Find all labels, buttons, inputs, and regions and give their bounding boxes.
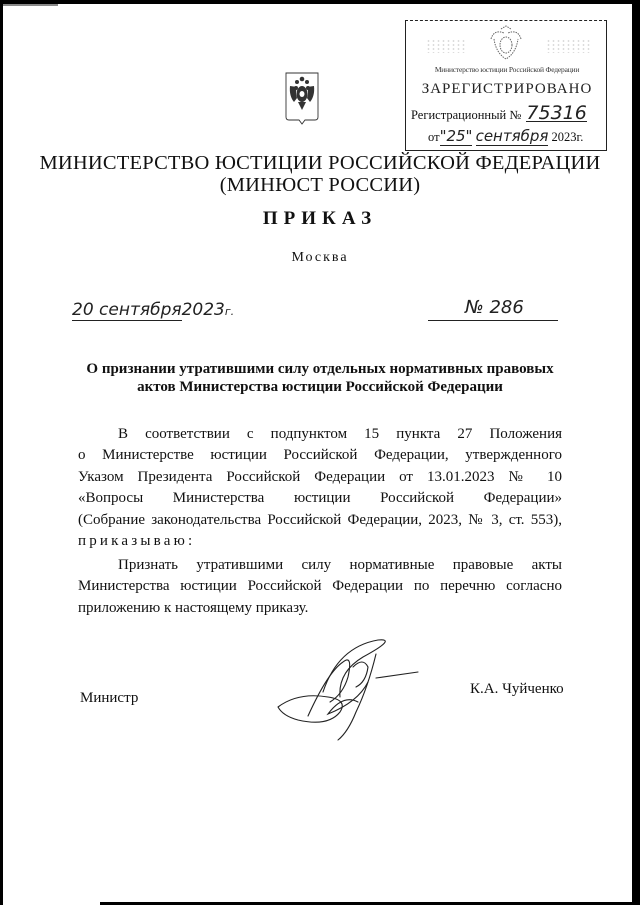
body-line: «Вопросы Министерства юстиции Российской…	[78, 488, 562, 509]
body-paragraph-2: Признать утратившими силу нормативные пр…	[78, 555, 562, 619]
signer-title: Министр	[80, 690, 138, 707]
order-date-suffix: г.	[225, 305, 234, 318]
scan-border-top	[0, 0, 640, 4]
stamp-eagle-icon	[486, 25, 526, 63]
stamp-date-suffix: г.	[577, 130, 584, 144]
ministry-short-name: (МИНЮСТ РОССИИ)	[0, 174, 640, 196]
stamp-reg-number-label: Регистрационный №	[411, 108, 521, 122]
body-line: (Собрание законодательства Российской Фе…	[78, 510, 562, 531]
order-date-year: 2023	[182, 300, 225, 320]
signer-name: К.А. Чуйченко	[470, 681, 564, 698]
body-line: Указом Президента Российской Федерации о…	[78, 467, 562, 488]
scan-border-left	[0, 0, 3, 905]
stamp-date-day: "25"	[440, 127, 473, 146]
body-line: о Министерстве юстиции Российской Федера…	[78, 445, 562, 466]
order-number: № 286	[465, 297, 524, 318]
stamp-registered-label: ЗАРЕГИСТРИРОВАНО	[406, 81, 608, 98]
stamp-reg-number-row: Регистрационный № 75316	[411, 105, 587, 123]
order-date: 20 сентября2023г.	[72, 300, 234, 320]
stamp-date-month: сентября	[476, 127, 549, 146]
stamp-org-line: Министерство юстиции Российской Федераци…	[410, 65, 604, 74]
registration-stamp: Министерство юстиции Российской Федераци…	[405, 20, 607, 151]
document-type: ПРИКАЗ	[0, 208, 640, 230]
stamp-date-year: 2023	[552, 130, 577, 144]
body-line: приложению к настоящему приказу.	[78, 598, 562, 619]
body-line: В соответствии с подпунктом 15 пункта 27…	[78, 424, 562, 445]
stamp-speckle	[546, 39, 591, 53]
body-paragraph-1: В соответствии с подпунктом 15 пункта 27…	[78, 424, 562, 552]
stamp-reg-number-value: 75316	[526, 105, 586, 122]
stamp-speckle	[426, 39, 466, 53]
ministry-name: МИНИСТЕРСТВО ЮСТИЦИИ РОССИЙСКОЙ ФЕДЕРАЦИ…	[0, 152, 640, 174]
ministry-header: МИНИСТЕРСТВО ЮСТИЦИИ РОССИЙСКОЙ ФЕДЕРАЦИ…	[0, 152, 640, 196]
stamp-date-row: от"25" сентября 2023г.	[428, 127, 583, 145]
stamp-date-prefix: от	[428, 130, 440, 144]
city: Москва	[0, 250, 640, 266]
body-line: Признать утратившими силу нормативные пр…	[78, 555, 562, 576]
subject-line: О признании утратившими силу отдельных н…	[78, 360, 562, 378]
body-line-order-verb: приказываю:	[78, 531, 562, 552]
signature-icon	[268, 632, 438, 747]
order-subject: О признании утратившими силу отдельных н…	[78, 360, 562, 396]
scan-border-right	[632, 0, 640, 905]
coat-of-arms-icon	[285, 72, 319, 130]
order-date-day-month: 20 сентября	[72, 300, 182, 321]
scan-border-top-shadow	[0, 4, 58, 6]
body-line: Министерства юстиции Российской Федераци…	[78, 576, 562, 597]
subject-line: актов Министерства юстиции Российской Фе…	[78, 378, 562, 396]
